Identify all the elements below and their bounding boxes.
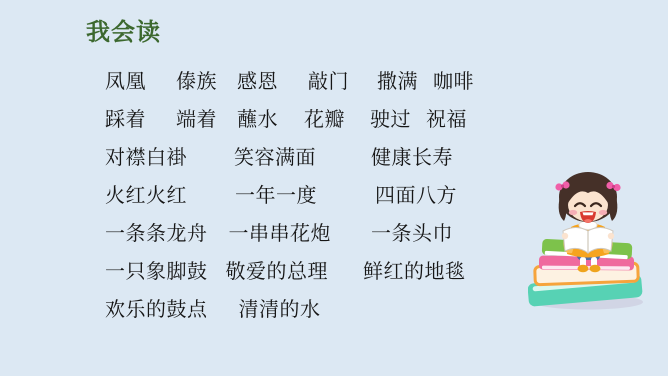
word: 踩着 (105, 107, 146, 131)
shoe (578, 265, 589, 273)
word: 一只象脚鼓 (105, 259, 208, 283)
word: 敲门 (308, 69, 349, 93)
word-row: 欢乐的鼓点清清的水 (105, 290, 474, 328)
word: 一年一度 (235, 183, 317, 207)
word-row: 对襟白褂笑容满面健康长寿 (105, 138, 474, 176)
word: 感恩 (237, 69, 278, 93)
word: 驶过 (370, 107, 411, 131)
word: 鲜红的地毯 (363, 259, 466, 283)
word: 敬爱的总理 (226, 259, 329, 283)
girl-head (555, 172, 620, 223)
word: 健康长寿 (371, 145, 453, 169)
word: 四面八方 (375, 183, 457, 207)
word: 火红火红 (105, 183, 187, 207)
girl-reading-illustration (528, 170, 658, 310)
word: 撒满 (377, 69, 418, 93)
word-row: 火红火红一年一度四面八方 (105, 176, 474, 214)
word-row: 一条条龙舟一串串花炮一条头巾 (105, 214, 474, 252)
word: 一条条龙舟 (105, 221, 208, 245)
word: 笑容满面 (234, 145, 316, 169)
word-row: 一只象脚鼓敬爱的总理鲜红的地毯 (105, 252, 474, 290)
word: 一条头巾 (371, 221, 453, 245)
word-row: 踩着端着蘸水花瓣驶过祝福 (105, 100, 474, 138)
word: 凤凰 (105, 69, 146, 93)
word: 一串串花炮 (229, 221, 332, 245)
page-title: 我会读 (86, 18, 161, 46)
slide: 我会读 凤凰傣族感恩敲门撒满咖啡踩着端着蘸水花瓣驶过祝福对襟白褂笑容满面健康长寿… (0, 0, 668, 376)
word: 蘸水 (237, 107, 278, 131)
word: 欢乐的鼓点 (105, 297, 208, 321)
word: 对襟白褂 (105, 145, 187, 169)
word: 咖啡 (433, 69, 474, 93)
open-book (563, 228, 613, 254)
word-row: 凤凰傣族感恩敲门撒满咖啡 (105, 62, 474, 100)
word: 傣族 (176, 69, 217, 93)
word-rows: 凤凰傣族感恩敲门撒满咖啡踩着端着蘸水花瓣驶过祝福对襟白褂笑容满面健康长寿火红火红… (105, 62, 474, 328)
shoe (590, 265, 601, 273)
word: 花瓣 (304, 107, 345, 131)
word: 端着 (176, 107, 217, 131)
word: 祝福 (426, 107, 467, 131)
word: 清清的水 (239, 297, 321, 321)
